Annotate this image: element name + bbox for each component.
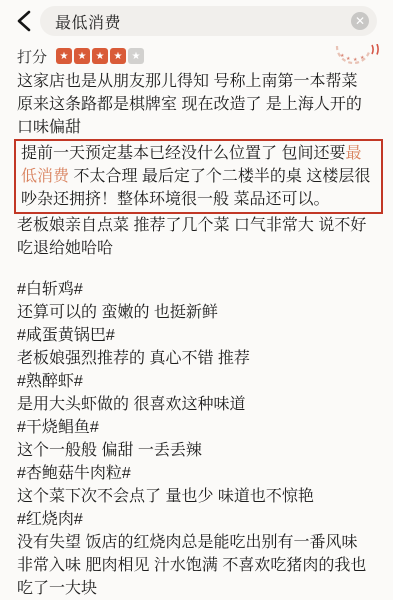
text-line: 低消费 不太合理 最后定了个二楼半的桌 这楼层很 xyxy=(21,165,381,188)
text-line: 吵杂还拥挤！整体环境很一般 菜品还可以。 xyxy=(21,188,381,211)
text-line: 这个一般般 偏甜 一丢丢辣 xyxy=(17,439,377,462)
dish-tag[interactable]: #红烧肉# xyxy=(17,508,377,531)
rating-row: 打分 ★★★★★ xyxy=(17,46,393,66)
dish-item: #杏鲍菇牛肉粒# 这个菜下次不会点了 量也少 味道也不惊艳 xyxy=(17,462,377,508)
dish-comment: 没有失望 饭店的红烧肉总是能吃出别有一番风味非常入味 肥肉相见 汁水饱满 不喜欢… xyxy=(17,531,377,600)
search-query: 最低消费 xyxy=(55,10,351,33)
star-rating: ★★★★★ xyxy=(56,48,146,64)
dish-item: #白斩鸡# 还算可以的 蛮嫩的 也挺新鲜 xyxy=(17,278,377,324)
highlight-box-text: 提前一天预定基本已经没什么位置了 包间还要最低消费 不太合理 最后定了个二楼半的… xyxy=(21,142,381,211)
dish-list: #白斩鸡# 还算可以的 蛮嫩的 也挺新鲜 #咸蛋黄锅巴# 老板娘强烈推荐的 真心… xyxy=(0,278,393,600)
clear-search-button[interactable]: ✕ xyxy=(351,12,369,30)
dish-comment: 这个一般般 偏甜 一丢丢辣 xyxy=(17,439,377,462)
dish-item: #干烧鲳鱼# 这个一般般 偏甜 一丢丢辣 xyxy=(17,416,377,462)
text-line: 原来这条路都是棋牌室 现在改造了 是上海人开的 xyxy=(17,93,377,116)
text-line: 是用大头虾做的 很喜欢这种味道 xyxy=(17,393,377,416)
text-line: 吃了一大块 xyxy=(17,577,377,600)
chevron-left-icon xyxy=(14,9,34,33)
text-line: 老板娘强烈推荐的 真心不错 推荐 xyxy=(17,347,377,370)
text-line: 这家店也是从朋友那儿得知 号称上南第一本帮菜 xyxy=(17,70,377,93)
back-button[interactable] xyxy=(8,6,40,36)
text-line: 口味偏甜 xyxy=(17,116,377,139)
dish-comment: 是用大头虾做的 很喜欢这种味道 xyxy=(17,393,377,416)
dish-comment: 老板娘强烈推荐的 真心不错 推荐 xyxy=(17,347,377,370)
text-line: 没有失望 饭店的红烧肉总是能吃出别有一番风味 xyxy=(17,531,377,554)
dish-tag[interactable]: #白斩鸡# xyxy=(17,278,377,301)
star-empty-icon: ★ xyxy=(128,48,144,64)
star-filled-icon: ★ xyxy=(92,48,108,64)
text-line: 这个菜下次不会点了 量也少 味道也不惊艳 xyxy=(17,485,377,508)
dish-item: #红烧肉# 没有失望 饭店的红烧肉总是能吃出别有一番风味非常入味 肥肉相见 汁水… xyxy=(17,508,377,600)
dish-tag[interactable]: #干烧鲳鱼# xyxy=(17,416,377,439)
star-filled-icon: ★ xyxy=(56,48,72,64)
highlighted-keyword: 最 xyxy=(345,145,361,162)
circle-x-icon: ✕ xyxy=(355,15,365,27)
dish-item: #咸蛋黄锅巴# 老板娘强烈推荐的 真心不错 推荐 xyxy=(17,324,377,370)
dish-tag[interactable]: #杏鲍菇牛肉粒# xyxy=(17,462,377,485)
review-paragraph: 老板娘亲自点菜 推荐了几个菜 口气非常大 说不好吃退给她哈哈 xyxy=(0,214,393,260)
star-filled-icon: ★ xyxy=(110,48,126,64)
review-page: 最低消费 ✕ 打分 ★★★★★ ★★★★ 这家店也是从朋友那儿得知 号称上南第一… xyxy=(0,0,393,600)
dish-tag[interactable]: #熟醉虾# xyxy=(17,370,377,393)
dish-comment: 这个菜下次不会点了 量也少 味道也不惊艳 xyxy=(17,485,377,508)
text-line: 非常入味 肥肉相见 汁水饱满 不喜欢吃猪肉的我也 xyxy=(17,554,377,577)
review-intro: 这家店也是从朋友那儿得知 号称上南第一本帮菜原来这条路都是棋牌室 现在改造了 是… xyxy=(0,70,393,139)
search-header: 最低消费 ✕ xyxy=(0,0,393,36)
dish-comment: 还算可以的 蛮嫩的 也挺新鲜 xyxy=(17,301,377,324)
annotation-box: 提前一天预定基本已经没什么位置了 包间还要最低消费 不太合理 最后定了个二楼半的… xyxy=(14,139,383,214)
search-input[interactable]: 最低消费 ✕ xyxy=(40,6,377,36)
dish-item: #熟醉虾# 是用大头虾做的 很喜欢这种味道 xyxy=(17,370,377,416)
dish-tag[interactable]: #咸蛋黄锅巴# xyxy=(17,324,377,347)
highlighted-keyword: 低消费 xyxy=(21,168,69,185)
text-line: 老板娘亲自点菜 推荐了几个菜 口气非常大 说不好 xyxy=(17,214,377,237)
text-line: 吃退给她哈哈 xyxy=(17,237,377,260)
text-line: 还算可以的 蛮嫩的 也挺新鲜 xyxy=(17,301,377,324)
text-line: 提前一天预定基本已经没什么位置了 包间还要最 xyxy=(21,142,381,165)
star-filled-icon: ★ xyxy=(74,48,90,64)
rating-label: 打分 xyxy=(17,46,47,67)
